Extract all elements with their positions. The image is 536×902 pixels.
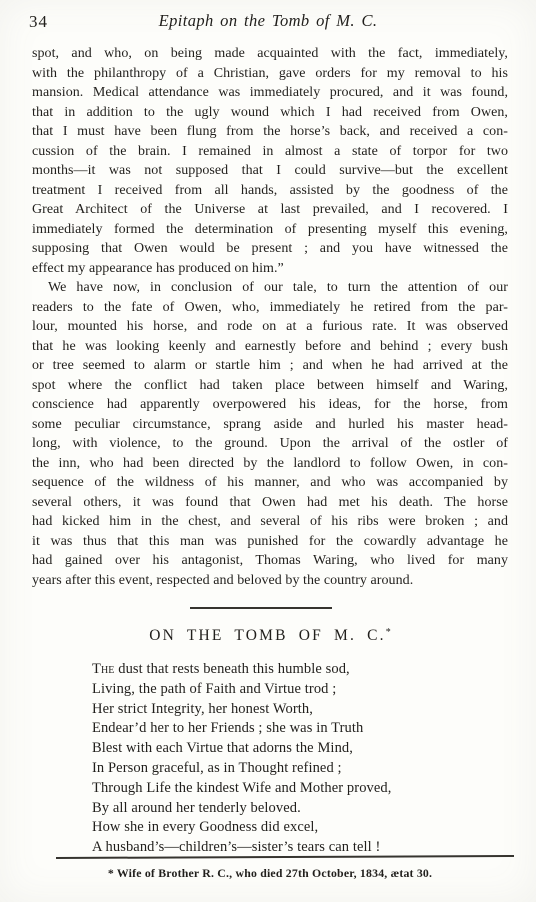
text-line: the inn, who had been directed by the la… xyxy=(32,454,508,474)
text-line: spot where the conflict had taken place … xyxy=(32,376,508,396)
poem-line: Endear’d her to her Friends ; she was in… xyxy=(92,719,492,739)
running-head: 34 Epitaph on the Tomb of M. C. xyxy=(0,11,536,35)
text-line: conscience had apparently overpowered hi… xyxy=(32,395,508,415)
text-line: lour, mounted his horse, and rode on at … xyxy=(32,317,508,337)
text-line: Great Architect of the Universe at last … xyxy=(32,200,508,220)
body-paragraphs: spot, and who, on being made acquainted … xyxy=(32,44,508,590)
poem-title: ON THE TOMB OF M. C.* xyxy=(32,627,508,645)
text-line: with the philanthropy of a Christian, ga… xyxy=(32,64,508,84)
text-line: that I must have been flung from the hor… xyxy=(32,122,508,142)
small-caps-word: The xyxy=(92,661,115,677)
text-line: several others, it was found that Owen h… xyxy=(32,493,508,513)
text-line: months—it was not supposed that I could … xyxy=(32,161,508,181)
poem-line: Living, the path of Faith and Virtue tro… xyxy=(92,680,492,700)
poem-line: The dust that rests beneath this humble … xyxy=(92,660,492,680)
text-line: it was thus that this man was punished f… xyxy=(32,532,508,552)
footnote-marker: * xyxy=(386,627,391,638)
body-text: spot, and who, on being made acquainted … xyxy=(32,44,508,590)
text-line: supposing that Owen would be present ; a… xyxy=(32,239,508,259)
poem-line: Blest with each Virtue that adorns the M… xyxy=(92,739,492,759)
text-line: cussion of the brain. I remained in almo… xyxy=(32,142,508,162)
text-line: that he was looking keenly and earnestly… xyxy=(32,337,508,357)
poem-line: Through Life the kindest Wife and Mother… xyxy=(92,779,492,799)
poem-line: In Person graceful, as in Thought refine… xyxy=(92,759,492,779)
text-line: immediately formed the determination of … xyxy=(32,220,508,240)
text-line: mansion. Medical attendance was immediat… xyxy=(32,83,508,103)
text-line: spot, and who, on being made acquainted … xyxy=(32,44,508,64)
section-divider xyxy=(190,607,332,609)
text-line: long, with violence, to the ground. Upon… xyxy=(32,434,508,454)
text-line: or tree seemed to alarm or startle him ;… xyxy=(32,356,508,376)
running-title: Epitaph on the Tomb of M. C. xyxy=(0,11,536,31)
poem-line: By all around her tenderly beloved. xyxy=(92,799,492,819)
text-line: treatment I received from all hands, ass… xyxy=(32,181,508,201)
text-line: some peculiar circumstance, sprang aside… xyxy=(32,415,508,435)
text-line: We have now, in conclusion of our tale, … xyxy=(32,278,508,298)
poem-line: Her strict Integrity, her honest Worth, xyxy=(92,700,492,720)
text-line: had gained over his antagonist, Thomas W… xyxy=(32,551,508,571)
text-line: that in addition to the ugly wound which… xyxy=(32,103,508,123)
text-line: effect my appearance has produced on him… xyxy=(32,259,508,279)
poem-title-text: ON THE TOMB OF M. C. xyxy=(149,627,386,644)
poem: The dust that rests beneath this humble … xyxy=(92,660,492,858)
text-line: readers to the fate of Owen, who, immedi… xyxy=(32,298,508,318)
text-line: years after this event, respected and be… xyxy=(32,571,508,591)
text-line: had kicked him in the chest, and several… xyxy=(32,512,508,532)
text-line: sequence of the wildness of his manner, … xyxy=(32,473,508,493)
footnote: * Wife of Brother R. C., who died 27th O… xyxy=(32,866,508,881)
paragraph: spot, and who, on being made acquainted … xyxy=(32,44,508,278)
paragraph: We have now, in conclusion of our tale, … xyxy=(32,278,508,590)
poem-line: How she in every Goodness did excel, xyxy=(92,818,492,838)
book-page: 34 Epitaph on the Tomb of M. C. spot, an… xyxy=(0,0,536,902)
